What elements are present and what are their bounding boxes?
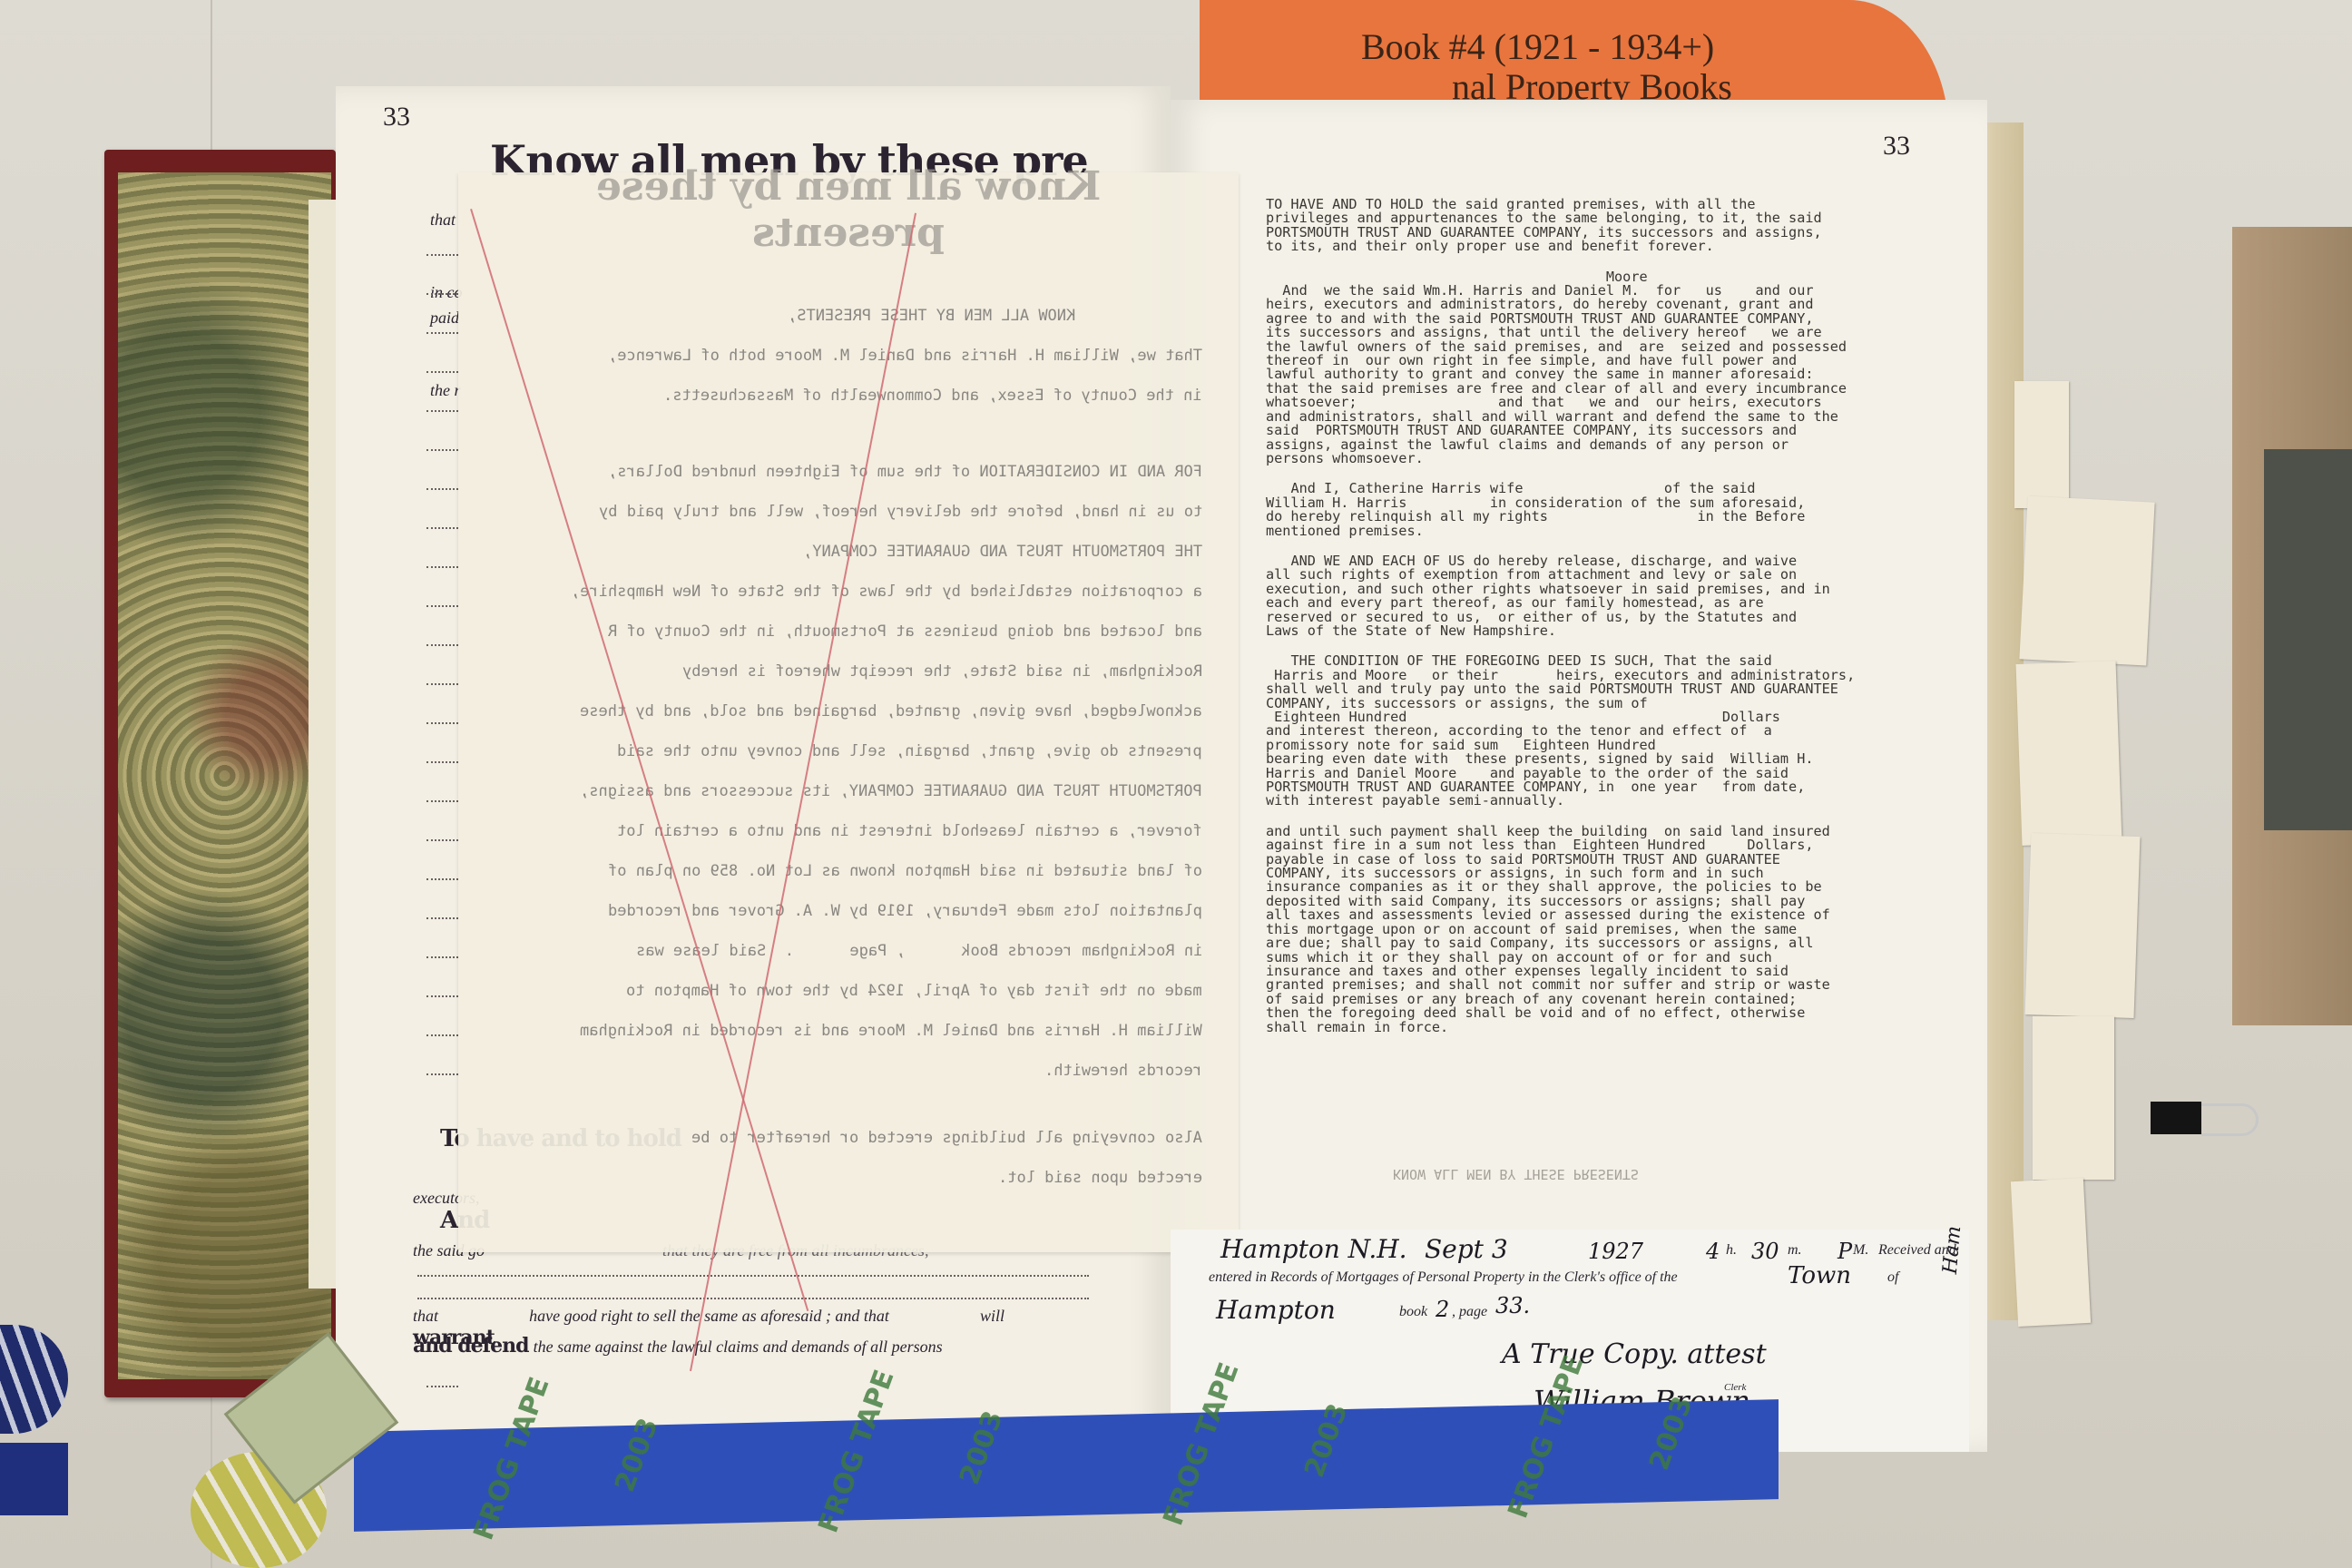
record-page-number: 33.: [1495, 1293, 1530, 1318]
dotted-rule: [426, 683, 458, 685]
binder-clip-handle[interactable]: [2201, 1103, 2259, 1136]
record-ampm: P: [1837, 1239, 1852, 1264]
overlay-typed-sheet: Know all men by these presents KNOW ALL …: [458, 172, 1239, 1252]
dotted-rule: [426, 761, 458, 763]
clerk-label: Clerk: [1724, 1382, 1746, 1393]
record-date: Sept 3: [1425, 1234, 1508, 1264]
dotted-rule: [426, 605, 458, 607]
dotted-rule: [426, 917, 458, 919]
dotted-rule: [417, 1298, 1089, 1299]
overlay-line: PORTSMOUTH TRUST AND GUARANTEE COMPANY, …: [580, 784, 1202, 799]
dotted-rule: [426, 488, 458, 490]
record-place: Hampton N.H.: [1220, 1234, 1407, 1264]
overlay-line: FOR AND IN CONSIDERATION of the sum of E…: [608, 465, 1202, 480]
bleed-through-text: KNOW ALL MEN BY THESE PRESENTS: [1393, 1166, 1639, 1182]
record-book-number: 2: [1436, 1297, 1449, 1322]
typed-paragraph: TO HAVE AND TO HOLD the said granted pre…: [1266, 198, 1955, 254]
overlay-line: plantation lots made February, 1919 by W…: [608, 904, 1202, 919]
record-m2-label: M.: [1853, 1242, 1868, 1259]
binder-clip-blue[interactable]: [0, 1443, 68, 1515]
overlay-line: forever, a certain leasehold interest in…: [617, 824, 1202, 839]
dotted-rule: [426, 332, 458, 334]
binder-clip-black[interactable]: [2151, 1102, 2201, 1134]
dotted-rule: [426, 839, 458, 841]
record-entered-label: entered in Records of Mortgages of Perso…: [1209, 1269, 1678, 1286]
dotted-rule: [426, 371, 458, 373]
page-number-right: 33: [1883, 131, 1910, 162]
margin-note: Ham: [1939, 1225, 1966, 1275]
overlay-line: in the County of Essex, and Commonwealth…: [663, 388, 1202, 404]
dotted-rule: [426, 995, 458, 997]
dotted-rule: [426, 293, 458, 295]
warrant-will: will: [980, 1307, 1004, 1325]
dotted-rule: [426, 878, 458, 880]
overlay-line: and located and doing business at Portsm…: [608, 624, 1202, 640]
record-of-label: of: [1887, 1269, 1898, 1286]
and-defend-label: and defend: [413, 1334, 529, 1357]
page-number-left: 33: [383, 102, 410, 132]
record-minutes: 30: [1751, 1239, 1779, 1264]
record-town-name: Hampton: [1216, 1295, 1336, 1325]
margin-label-that: that: [430, 211, 456, 230]
defend-rest: the same against the lawful claims and d…: [534, 1338, 943, 1356]
dotted-rule: [426, 1073, 458, 1075]
overlay-line: of land situated in said Hampton known a…: [608, 864, 1202, 879]
overlay-heading-bleed: Know all men by these presents: [495, 163, 1202, 256]
dotted-rule: [426, 1386, 458, 1387]
overlay-line: a corporation established by the laws of…: [571, 584, 1202, 600]
margin-label-the-receipt: the r: [430, 381, 461, 400]
dotted-rule: [426, 800, 458, 802]
overlay-line: records herewith.: [1044, 1063, 1202, 1079]
typed-paragraph: and until such payment shall keep the bu…: [1266, 825, 1955, 1034]
typed-paragraph: Moore And we the said Wm.H. Harris and D…: [1266, 270, 1955, 466]
overlay-line: in Rockingham records Book , Page . Said…: [636, 944, 1202, 959]
typed-mortgage-text: TO HAVE AND TO HOLD the said granted pre…: [1266, 198, 1955, 1051]
overlay-line: William H. Harris and Daniel M. Moore an…: [580, 1024, 1202, 1039]
typed-paragraph: AND WE AND EACH OF US do hereby release,…: [1266, 554, 1955, 638]
overlay-line: Also conveying all buildings erected or …: [691, 1131, 1202, 1146]
divider-tab-title: Book #4 (1921 - 1934+): [1361, 25, 1714, 68]
record-town: Town: [1788, 1262, 1851, 1289]
torn-handwritten-fragments: [2005, 381, 2169, 1325]
attest-signature: A True Copy. attest: [1502, 1338, 1767, 1370]
dotted-rule: [426, 449, 458, 451]
record-book-label: book: [1399, 1304, 1427, 1320]
marbled-endpaper: [118, 172, 331, 1379]
dotted-rule: [426, 956, 458, 958]
warrant-middle: have good right to sell the same as afor…: [529, 1307, 889, 1325]
dotted-rule: [426, 566, 458, 568]
dotted-rule: [426, 527, 458, 529]
overlay-line: That we, William H. Harris and Daniel M.…: [608, 348, 1202, 364]
overlay-line: acknowledged, have given, granted, barga…: [580, 704, 1202, 720]
record-m-label: m.: [1788, 1242, 1802, 1259]
typed-paragraph: And I, Catherine Harris wife of the said…: [1266, 482, 1955, 538]
dotted-rule: [426, 410, 458, 412]
typed-paragraph: THE CONDITION OF THE FOREGOING DEED IS S…: [1266, 654, 1955, 808]
warrant-that: that: [413, 1307, 438, 1325]
dotted-rule: [426, 1034, 458, 1036]
overlay-line: to us in hand, before the delivery hereo…: [599, 505, 1202, 520]
overlay-line: erected upon said lot.: [998, 1171, 1202, 1186]
dotted-rule: [426, 644, 458, 646]
archive-box-band: [2264, 449, 2352, 830]
record-hour: 4: [1706, 1239, 1720, 1264]
overlay-line: KNOW ALL MEN BY THESE PRESENTS,: [788, 309, 1075, 324]
record-year: 1927: [1588, 1239, 1643, 1264]
overlay-line: THE PORTSMOUTH TRUST AND GUARANTEE COMPA…: [803, 544, 1202, 560]
dotted-rule: [426, 254, 458, 256]
record-h-label: h.: [1726, 1242, 1737, 1259]
record-page-label: , page: [1452, 1304, 1487, 1320]
defend-line: and defend the same against the lawful c…: [413, 1334, 1089, 1357]
dotted-rule: [417, 1275, 1089, 1277]
dotted-rule: [426, 722, 458, 724]
margin-label-paid: paid: [430, 309, 459, 328]
overlay-line: presents do give, grant, bargain, sell a…: [617, 744, 1202, 759]
overlay-line: Rockingham, in said State, the receipt w…: [682, 664, 1202, 680]
